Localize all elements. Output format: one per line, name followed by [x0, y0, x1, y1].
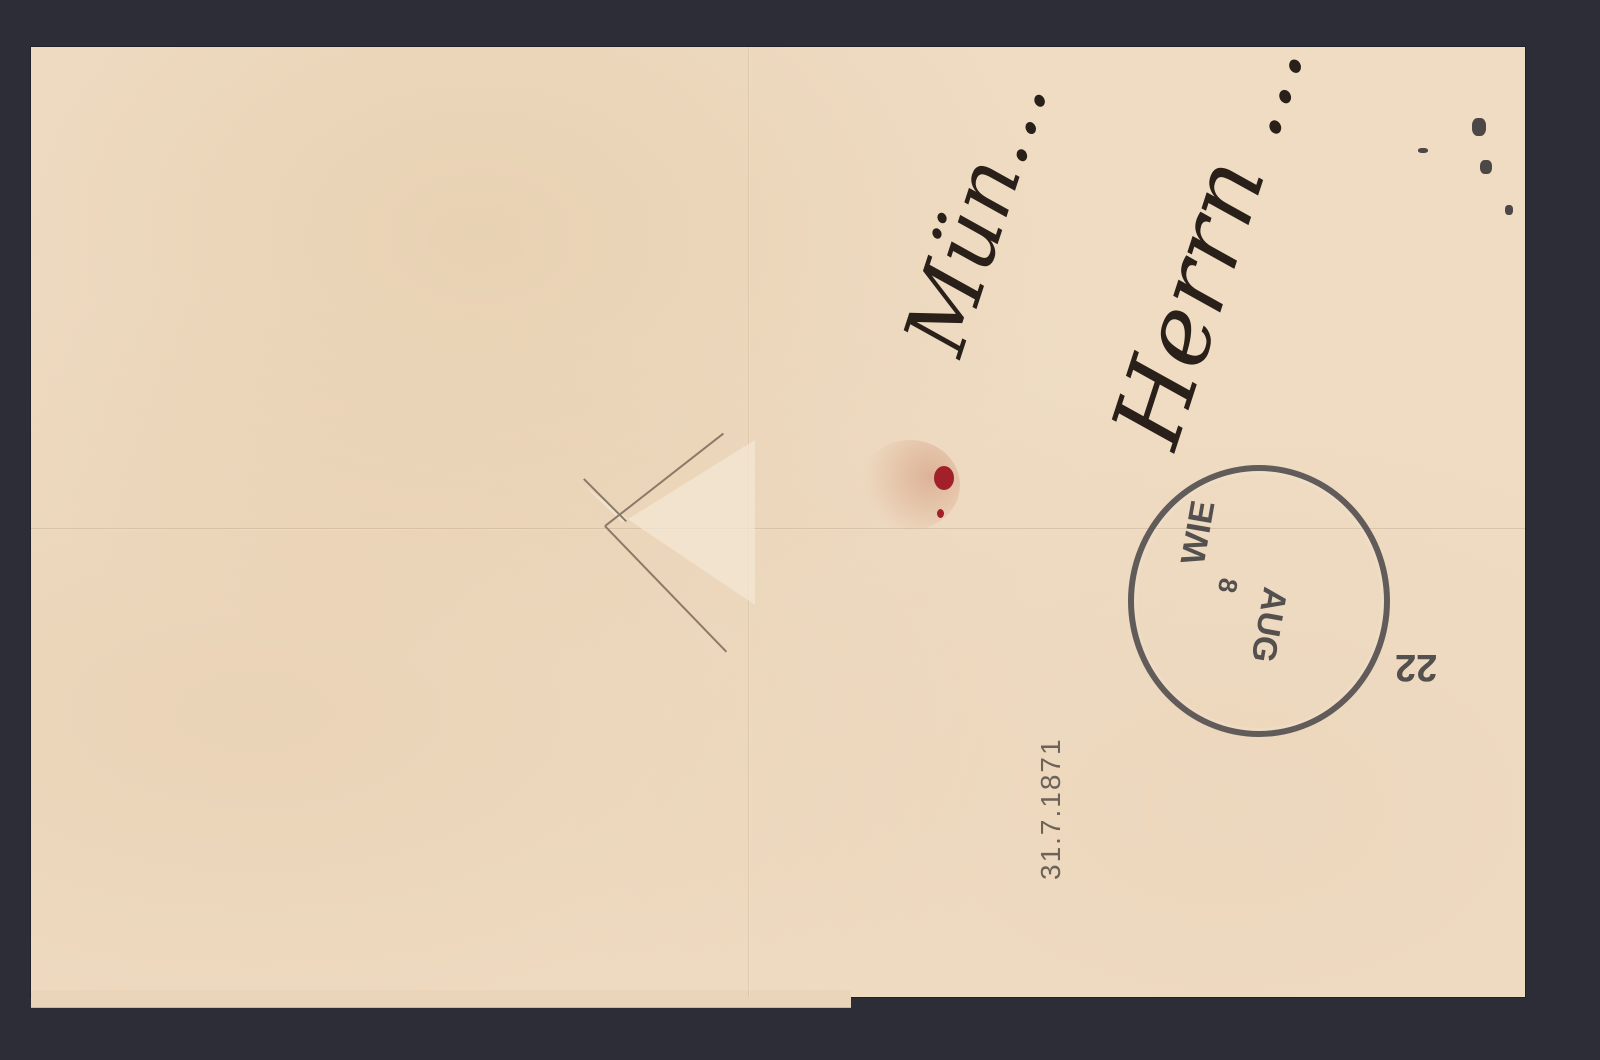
wax-seal-remnant	[934, 466, 954, 490]
wax-seal-remnant	[937, 509, 944, 518]
ink-speck	[1480, 160, 1492, 174]
postmark-text-right: AUG	[1242, 584, 1294, 665]
ink-speck	[1505, 205, 1513, 215]
postmark: WIE AUG 8	[1128, 465, 1390, 737]
pencil-date-note: 31.7.1871	[1035, 737, 1067, 880]
ink-speck	[1472, 118, 1486, 136]
ink-speck	[1418, 148, 1428, 153]
lower-flap-edge	[31, 990, 851, 1008]
postmark-text-left: WIE	[1174, 498, 1224, 568]
handstamp-number: 22	[1395, 645, 1437, 688]
postmark-date: 8	[1211, 576, 1244, 596]
